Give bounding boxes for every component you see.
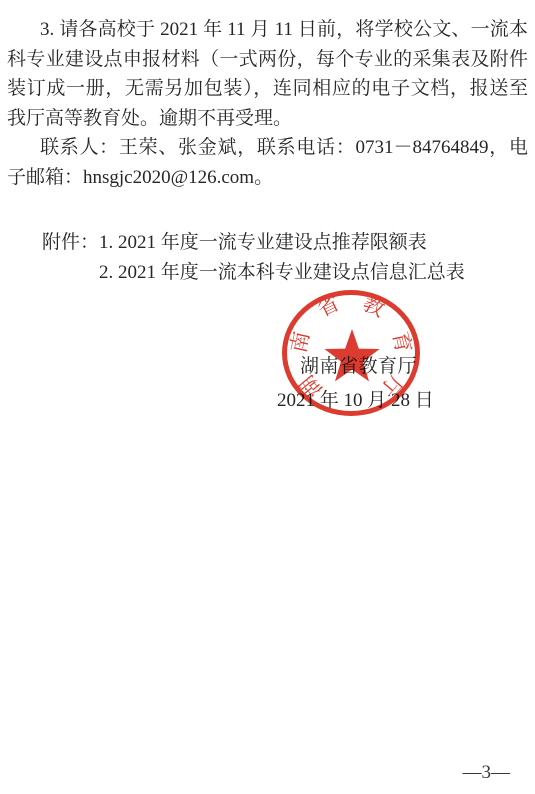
contact-line: 联系人：王荣、张金斌，联系电话：0731－84764849，电 bbox=[7, 133, 528, 163]
seal-arc-char: 育 bbox=[389, 329, 415, 355]
page-number: —3— bbox=[463, 762, 511, 784]
paragraph-line: 3. 请各高校于 2021 年 11 月 11 日前，将学校公文、一流本 bbox=[7, 15, 528, 45]
document-page: 3. 请各高校于 2021 年 11 月 11 日前，将学校公文、一流本 科专业… bbox=[0, 0, 535, 794]
paragraph-line: 我厅高等教育处。逾期不再受理。 bbox=[7, 104, 528, 134]
attachment-item: 2. 2021 年度一流本科专业建设点信息汇总表 bbox=[42, 258, 465, 288]
attachment-line: 附件：1. 2021 年度一流专业建设点推荐限额表 bbox=[42, 228, 465, 258]
attachments-label: 附件： bbox=[42, 232, 99, 253]
body-paragraph: 3. 请各高校于 2021 年 11 月 11 日前，将学校公文、一流本 科专业… bbox=[7, 15, 528, 192]
seal-arc-char: 南 bbox=[287, 329, 313, 355]
attachments-block: 附件：1. 2021 年度一流专业建设点推荐限额表 2. 2021 年度一流本科… bbox=[42, 228, 465, 288]
attachment-item: 1. 2021 年度一流专业建设点推荐限额表 bbox=[99, 232, 427, 253]
paragraph-line: 科专业建设点申报材料（一式两份，每个专业的采集表及附件 bbox=[7, 45, 528, 75]
star-icon bbox=[323, 329, 381, 385]
paragraph-line: 装订成一册，无需另加包装），连同相应的电子文档，报送至 bbox=[7, 74, 528, 104]
contact-line: 子邮箱：hnsgjc2020@126.com。 bbox=[7, 163, 528, 193]
official-seal: 湖 南 省 教 育 厅 bbox=[282, 290, 420, 416]
